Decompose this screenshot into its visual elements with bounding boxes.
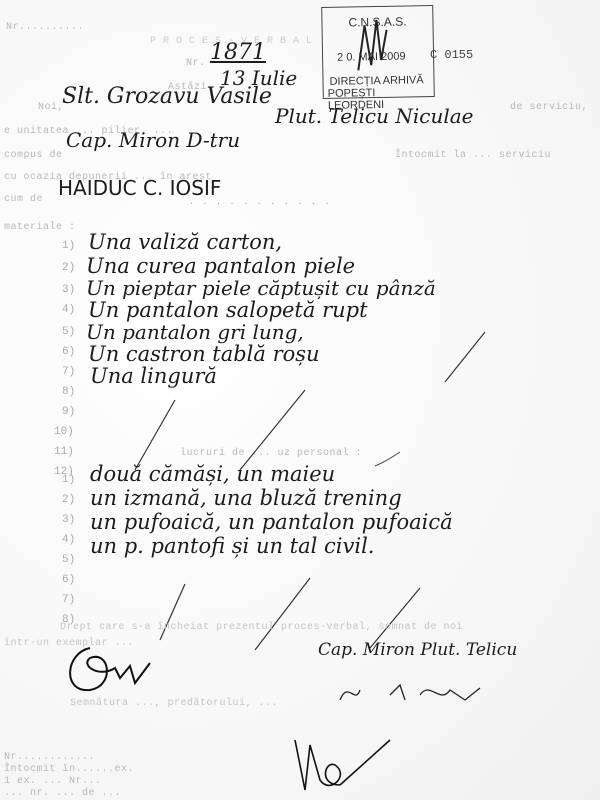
typed-closing-faded: Drept care s-a încheiat prezentul proces…: [60, 622, 463, 633]
signature-bottom-icon: [280, 730, 400, 800]
list-number: 3): [62, 514, 75, 526]
list2-item: un izmană, una bluză trening: [90, 486, 402, 510]
signature-middle-icon: [330, 670, 490, 720]
scanned-document-page: Nr.......... P R O C E S - V E R B A L C…: [0, 0, 600, 800]
list-number: 7): [62, 594, 75, 606]
list-number: 2): [62, 494, 75, 506]
list2-item: două cămăși, un maieu: [90, 462, 335, 486]
footer-typed: ... nr. ... de ...: [4, 788, 121, 799]
signature-right-line: Cap. Miron Plut. Telicu: [318, 640, 517, 660]
list-number: 4): [62, 534, 75, 546]
signature-left-icon: [60, 638, 160, 708]
list2-item: un p. pantofi și un tal civil.: [90, 534, 374, 558]
list2-item: un pufoaică, un pantalon pufoaică: [90, 510, 453, 534]
footer-typed: Nr............: [4, 752, 95, 763]
section2-heading: lucruri de ... uz personal :: [180, 448, 362, 459]
list-number: 5): [62, 554, 75, 566]
list-number: 1): [62, 474, 75, 486]
list-number: 6): [62, 574, 75, 586]
footer-typed: 1 ex. ... Nr...: [4, 776, 102, 787]
footer-typed: Întocmit în......ex.: [4, 764, 134, 775]
